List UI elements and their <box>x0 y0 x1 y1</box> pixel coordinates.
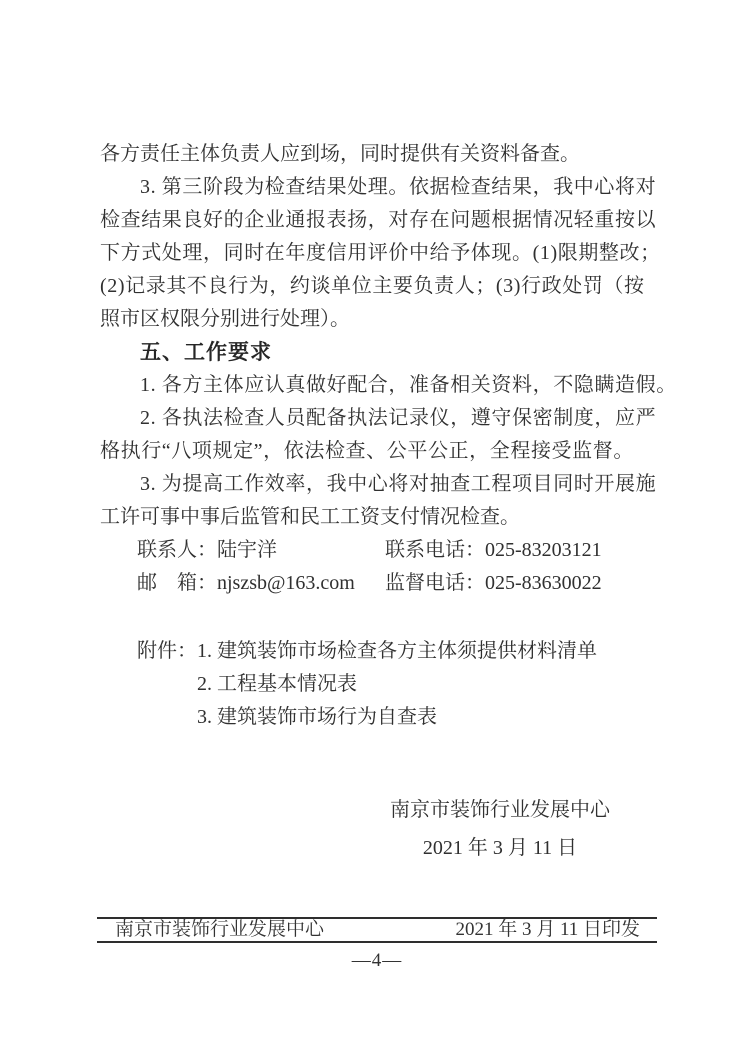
body-line: (2)记录其不良行为，约谈单位主要负责人；(3)行政处罚（按 <box>100 270 656 303</box>
footer-rule-bottom <box>97 941 657 943</box>
footer-print-date: 2021 年 3 月 11 日印发 <box>455 919 640 941</box>
body-line: 3. 为提高工作效率，我中心将对抽查工程项目同时开展施 <box>100 468 656 501</box>
signature-org: 南京市装饰行业发展中心 <box>388 791 612 829</box>
contact-phone: 联系电话：025-83203121 <box>385 539 602 561</box>
body-line: 照市区权限分别进行处理）。 <box>100 303 656 336</box>
body-line: 各方责任主体负责人应到场，同时提供有关资料备查。 <box>100 138 656 171</box>
body-line: 检查结果良好的企业通报表扬，对存在问题根据情况轻重按以 <box>100 204 656 237</box>
body-line: 格执行“八项规定”，依法检查、公平公正，全程接受监督。 <box>100 435 656 468</box>
document-footer: 南京市装饰行业发展中心 2021 年 3 月 11 日印发 —4— <box>97 917 657 972</box>
footer-issuer: 南京市装饰行业发展中心 <box>115 919 324 941</box>
attachment-item: 2. 工程基本情况表 <box>100 668 656 701</box>
contact-person-value: 陆宇洋 <box>217 539 277 561</box>
document-page: 各方责任主体负责人应到场，同时提供有关资料备查。 3. 第三阶段为检查结果处理。… <box>0 0 750 1061</box>
contact-supervise-phone: 监督电话：025-83630022 <box>385 572 602 594</box>
signature-date: 2021 年 3 月 11 日 <box>388 829 612 867</box>
contact-phone-value: 025-83203121 <box>485 539 602 561</box>
contact-person-label: 联系人： <box>137 539 217 561</box>
body-line: 1. 各方主体应认真做好配合，准备相关资料，不隐瞒造假。 <box>100 369 656 402</box>
document-body: 各方责任主体负责人应到场，同时提供有关资料备查。 3. 第三阶段为检查结果处理。… <box>100 138 656 734</box>
signature-block: 南京市装饰行业发展中心 2021 年 3 月 11 日 <box>388 791 612 867</box>
page-number: —4— <box>97 950 657 972</box>
footer-row: 南京市装饰行业发展中心 2021 年 3 月 11 日印发 <box>97 919 657 941</box>
attachment-item: 附件：1. 建筑装饰市场检查各方主体须提供材料清单 <box>100 635 656 668</box>
contact-row-email: 邮 箱：njszsb@163.com监督电话：025-83630022 <box>100 567 656 600</box>
spacer <box>100 600 656 635</box>
body-line: 工许可事中事后监管和民工工资支付情况检查。 <box>100 501 656 534</box>
contact-supervise-value: 025-83630022 <box>485 572 602 594</box>
body-line: 2. 各执法检查人员配备执法记录仪，遵守保密制度，应严 <box>100 402 656 435</box>
contact-row-person: 联系人：陆宇洋联系电话：025-83203121 <box>100 534 656 567</box>
attachment-item: 3. 建筑装饰市场行为自查表 <box>100 701 656 734</box>
section-heading-work-requirements: 五、工作要求 <box>100 336 656 369</box>
contact-email-value: njszsb@163.com <box>217 572 355 594</box>
attachments-label: 附件： <box>137 640 197 662</box>
contact-email-label: 邮 箱： <box>137 572 217 594</box>
contact-person: 联系人：陆宇洋 <box>137 534 385 567</box>
attachment-item-text: 1. 建筑装饰市场检查各方主体须提供材料清单 <box>197 640 597 662</box>
contact-phone-label: 联系电话： <box>385 539 485 561</box>
body-line: 下方式处理，同时在年度信用评价中给予体现。(1)限期整改； <box>100 237 656 270</box>
contact-supervise-label: 监督电话： <box>385 572 485 594</box>
contact-email: 邮 箱：njszsb@163.com <box>137 567 385 600</box>
body-line: 3. 第三阶段为检查结果处理。依据检查结果，我中心将对 <box>100 171 656 204</box>
